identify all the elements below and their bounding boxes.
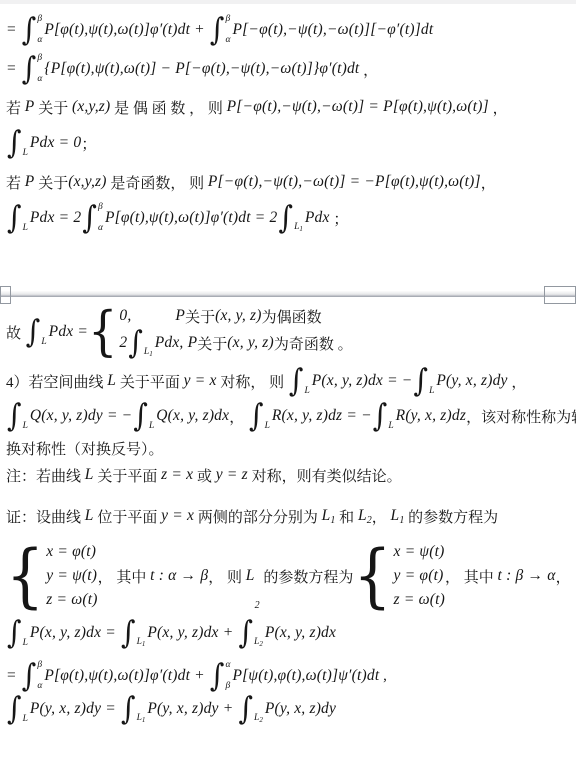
integral-lower-limit: β (226, 682, 231, 692)
math-run: (x,y,z) (72, 98, 110, 116)
integral-lower-limit-index: 2 (259, 640, 263, 648)
integral-scripts: L1 (294, 203, 303, 233)
text-run: 关于 (197, 333, 227, 354)
integral-sign-icon: ∫ (373, 398, 388, 434)
math-run: L (246, 567, 255, 585)
text-run: 若 (6, 172, 25, 193)
math-run: z = ω(t) (46, 591, 97, 609)
integral-upper-limit (137, 618, 146, 627)
integral-lower-limit: L (23, 224, 28, 234)
integral-scripts: βα (226, 15, 231, 45)
integral-upper-limit (23, 694, 28, 703)
integral: ∫L1 (278, 202, 302, 234)
text-run: ， (372, 506, 391, 527)
math-run: P (175, 307, 185, 325)
integral: ∫βα (22, 660, 43, 692)
integral-sign-icon: ∫ (82, 200, 97, 236)
integral-scripts: L (23, 401, 28, 431)
integral-upper-limit (149, 401, 154, 410)
integral-scripts: βα (37, 15, 42, 45)
math-run: y = ψ(t) (46, 567, 97, 585)
text-run: ， (489, 97, 508, 118)
integral-sign-icon: ∫ (210, 658, 225, 694)
page-break-left-marker (0, 286, 11, 304)
text-run: 关于平面 (116, 371, 184, 392)
integral: ∫βα (22, 14, 43, 46)
math-run: 0, (119, 307, 131, 325)
integral-upper-limit (23, 618, 28, 627)
integral-scripts: L (23, 694, 28, 724)
text-line-symmetry-name: 换对称性（对换反号）。 (6, 437, 572, 459)
integral-scripts: βα (98, 203, 103, 233)
integral-scripts: L (149, 401, 154, 431)
math-run: y = φ(t) (394, 567, 444, 585)
text-run: 故 (6, 322, 25, 343)
integral: ∫L1 (128, 327, 152, 359)
left-brace-icon: { (88, 308, 117, 356)
integral: ∫L (7, 400, 28, 432)
integral-lower-limit: L (23, 715, 28, 725)
integral-scripts: L2 (254, 694, 263, 724)
text-run: 关于 (185, 306, 215, 327)
integral: ∫βα (210, 14, 231, 46)
math-run: P(x, y, z)dx = (30, 624, 120, 642)
integral-lower-limit-index: 1 (299, 225, 303, 233)
integral-upper-limit (41, 317, 46, 326)
integral-sign-icon: ∫ (238, 615, 253, 651)
math-run: t : β → α (497, 567, 555, 585)
integral-upper-limit (23, 203, 28, 212)
text-run: 证：设曲线 (6, 506, 85, 527)
integral-lower-limit: α (37, 36, 42, 46)
math-run: P(x, y, z)dx + (147, 624, 237, 642)
integral: ∫βα (82, 202, 103, 234)
math-run: z = x (161, 466, 193, 484)
integral-lower-limit: L1 (137, 638, 146, 648)
integral-upper-limit (304, 366, 309, 375)
integral: ∫L (7, 127, 28, 159)
text-run: 关于 (34, 97, 72, 118)
left-brace-icon: { (353, 545, 391, 607)
text-run: ， 则 (208, 566, 246, 587)
integral: ∫L2 (238, 693, 262, 725)
text-run: ， (229, 406, 248, 427)
math-run: P(y, x, z)dy + (147, 700, 237, 718)
math-run: y = z (216, 466, 248, 484)
integral: ∫αβ (210, 660, 231, 692)
formula-line-1: = ∫βαP[φ(t),ψ(t),ω(t)]φ′(t)dt + ∫βαP[−φ(… (6, 14, 572, 46)
math-subscript: 2 (255, 600, 260, 611)
integral: ∫L (289, 365, 310, 397)
math-run: z = ω(t) (394, 591, 445, 609)
text-run: 是 偶 函 数 ， 则 (110, 97, 226, 118)
math-run: P(x, y, z)dx = − (312, 372, 413, 390)
integral-sign-icon: ∫ (238, 691, 253, 727)
integral-lower-limit: L (23, 639, 28, 649)
math-run: L (391, 507, 400, 525)
math-run: P[−φ(t),−ψ(t),−ω(t)] = P[φ(t),ψ(t),ω(t)] (227, 98, 489, 116)
text-run: 的参数方程为 (260, 566, 354, 587)
math-run: R(x, y, z)dz = − (272, 407, 372, 425)
integral-lower-limit: L1 (294, 223, 303, 233)
formula-line-param-sum: = ∫βαP[φ(t),ψ(t),ω(t)]φ′(t)dt + ∫αβP[ψ(t… (6, 660, 572, 692)
text-run: 4）若空间曲线 (6, 371, 107, 392)
text-run: 为偶函数 (262, 306, 322, 327)
integral-scripts: βα (37, 661, 42, 691)
integral-sign-icon: ∫ (121, 615, 136, 651)
text-run: ，该对称性称为轮 (466, 406, 576, 427)
math-run: Q(x, y, z)dy = − (30, 407, 132, 425)
integral-upper-limit (23, 128, 28, 137)
integral-scripts: L (23, 203, 28, 233)
brace-row: x = ψ(t) (394, 540, 445, 564)
text-line-proof: 证：设曲线 L 位于平面 y = x 两侧的部分分别为 L1 和 L2， L1 … (6, 505, 572, 527)
brace-rows: x = φ(t)y = ψ(t)z = ω(t) (46, 540, 97, 612)
integral-upper-limit (254, 694, 263, 703)
integral: ∫L (413, 365, 434, 397)
integral-scripts: L (23, 618, 28, 648)
math-run: (x,y,z) (68, 173, 106, 191)
text-run: , (379, 668, 387, 685)
integral-sign-icon: ∫ (22, 658, 37, 694)
integral-scripts: L (41, 317, 46, 347)
integral-upper-limit: β (37, 54, 42, 64)
math-run: P[φ(t),ψ(t),ω(t)]φ′(t)dt = 2 (105, 209, 278, 227)
math-run: P (25, 173, 35, 191)
brace-row: y = ψ(t) (46, 564, 97, 588)
math-run: x = ψ(t) (394, 543, 445, 561)
text-run: ， (556, 566, 571, 587)
integral-upper-limit (144, 328, 153, 337)
math-run: = (6, 21, 21, 39)
formula-line-pdx-zero: ∫LPdx = 0； (6, 127, 572, 159)
math-run: (x, y, z) (227, 334, 274, 352)
text-run: ； (330, 208, 349, 229)
integral-upper-limit (265, 401, 270, 410)
integral-scripts: L1 (137, 618, 146, 648)
math-run: R(y, x, z)dz (396, 407, 466, 425)
math-run: L (85, 507, 94, 525)
integral-sign-icon: ∫ (22, 51, 37, 87)
math-run: P(y, x, z)dy = (30, 700, 120, 718)
integral: ∫L (249, 400, 270, 432)
integral-sign-icon: ∫ (278, 200, 293, 236)
integral-sign-icon: ∫ (7, 125, 22, 161)
math-run: P(y, x, z)dy (265, 700, 336, 718)
math-run: P (25, 98, 35, 116)
math-run: P(x, y, z)dx (265, 624, 336, 642)
math-run: P[ψ(t),φ(t),ω(t)]ψ′(t)dt (233, 667, 380, 685)
math-run: x = φ(t) (46, 543, 96, 561)
integral-lower-limit: α (98, 224, 103, 234)
integral-scripts: L1 (144, 328, 153, 358)
integral-upper-limit: β (226, 15, 231, 25)
text-run: 和 (335, 506, 358, 527)
math-run: P(y, x, z)dy (436, 372, 507, 390)
integral-scripts: L1 (137, 694, 146, 724)
spacer (131, 316, 175, 317)
integral-sign-icon: ∫ (249, 398, 264, 434)
integral-lower-limit: L (149, 422, 154, 432)
integral-lower-limit: α (37, 75, 42, 85)
math-run: t : α → β (150, 567, 208, 585)
text-run: 关于 (34, 172, 68, 193)
math-run: L (85, 466, 94, 484)
math-run: L (107, 372, 116, 390)
integral: ∫L1 (121, 693, 145, 725)
text-run: 关于平面 (94, 465, 162, 486)
integral-upper-limit (254, 618, 263, 627)
text-run: 换对称性（对换反号）。 (6, 438, 164, 459)
integral: ∫L (133, 400, 154, 432)
integral-sign-icon: ∫ (289, 363, 304, 399)
page-break-bar (0, 291, 576, 297)
integral-scripts: L2 (254, 618, 263, 648)
text-run: 为奇函数 。 (274, 333, 353, 354)
math-run: 2 (119, 334, 127, 352)
math-run: = (6, 60, 21, 78)
math-run: Pdx = 0 (30, 134, 81, 152)
text-line-even-function: 若 P 关于 (x,y,z) 是 偶 函 数 ， 则 P[−φ(t),−ψ(t)… (6, 96, 572, 118)
integral-sign-icon: ∫ (7, 200, 22, 236)
math-run: Pdx = (49, 323, 88, 341)
integral: ∫L (7, 693, 28, 725)
integral-scripts: αβ (226, 661, 231, 691)
integral-upper-limit (23, 401, 28, 410)
integral-upper-limit (137, 694, 146, 703)
integral: ∫L2 (238, 617, 262, 649)
integral-scripts: L (265, 401, 270, 431)
math-run: y = x (161, 507, 194, 525)
integral-lower-limit: L2 (254, 638, 263, 648)
integral-sign-icon: ∫ (7, 691, 22, 727)
integral-upper-limit: β (37, 15, 42, 25)
brace-row: z = ω(t) (394, 588, 445, 612)
math-run: = (6, 667, 21, 685)
integral-lower-limit: α (37, 682, 42, 692)
integral-sign-icon: ∫ (7, 615, 22, 651)
formula-line-pdx-double: ∫LPdx = 2∫βαP[φ(t),ψ(t),ω(t)]φ′(t)dt = 2… (6, 202, 572, 234)
integral: ∫L (7, 617, 28, 649)
integral-sign-icon: ∫ (7, 398, 22, 434)
math-run: L (358, 507, 367, 525)
math-run: P[−φ(t),−ψ(t),−ω(t)][−φ′(t)]dt (233, 21, 434, 39)
math-run: (x, y, z) (215, 307, 262, 325)
text-run: 两侧的部分分别为 (194, 506, 322, 527)
formula-line-split-dx: ∫LP(x, y, z)dx = ∫L1P(x, y, z)dx + ∫L2P(… (6, 617, 572, 649)
integral-lower-limit-index: 1 (142, 640, 146, 648)
brace-row: 2∫L1Pdx, P关于(x, y, z)为奇函数 。 (119, 327, 352, 359)
text-run: ， (359, 59, 378, 80)
brace-rows: x = ψ(t)y = φ(t)z = ω(t) (394, 540, 445, 612)
integral-lower-limit: L1 (137, 714, 146, 724)
document-page: = ∫βαP[φ(t),ψ(t),ω(t)]φ′(t)dt + ∫βαP[−φ(… (0, 4, 576, 725)
integral: ∫L (373, 400, 394, 432)
integral-upper-limit (294, 203, 303, 212)
math-run: Pdx = 2 (30, 209, 81, 227)
brace-group: {0,P关于(x, y, z)为偶函数2∫L1Pdx, P关于(x, y, z)… (88, 305, 353, 359)
integral-scripts: L (23, 128, 28, 158)
page-break-divider (0, 285, 576, 303)
integral-sign-icon: ∫ (210, 12, 225, 48)
text-line-odd-function: 若 P 关于(x,y,z) 是奇函数， 则 P[−φ(t),−ψ(t),−ω(t… (6, 171, 572, 193)
text-line-item4: 4）若空间曲线 L 关于平面 y = x 对称， 则 ∫LP(x, y, z)d… (6, 365, 572, 397)
math-run: Pdx, P (155, 334, 198, 352)
brace-row: x = φ(t) (46, 540, 97, 564)
text-run: 注：若曲线 (6, 465, 85, 486)
text-run: ， (481, 172, 496, 193)
integral-scripts: βα (37, 54, 42, 84)
text-run: 的参数方程为 (404, 506, 498, 527)
integral-lower-limit: α (226, 36, 231, 46)
math-run: P[−φ(t),−ψ(t),−ω(t)] = −P[φ(t),ψ(t),ω(t)… (208, 173, 481, 191)
brace-row: y = φ(t) (394, 564, 445, 588)
math-run: Q(x, y, z)dx (156, 407, 229, 425)
integral-sign-icon: ∫ (26, 314, 41, 350)
integral: ∫βα (22, 53, 43, 85)
integral-lower-limit: L (41, 338, 46, 348)
math-run: P[φ(t),ψ(t),ω(t)]φ′(t)dt + (44, 667, 209, 685)
integral-scripts: L (388, 401, 393, 431)
brace-group: {x = φ(t)y = ψ(t)z = ω(t) (6, 540, 98, 612)
integral-sign-icon: ∫ (413, 363, 428, 399)
page-break-right-marker (544, 286, 576, 304)
integral-lower-limit-index: 2 (259, 716, 263, 724)
integral-upper-limit (388, 401, 393, 410)
math-run: P[φ(t),ψ(t),ω(t)]φ′(t)dt + (44, 21, 209, 39)
integral-lower-limit-index: 1 (142, 716, 146, 724)
integral-sign-icon: ∫ (128, 325, 143, 361)
integral-upper-limit: α (226, 661, 231, 671)
integral-upper-limit: β (98, 203, 103, 213)
brace-row: 0,P关于(x, y, z)为偶函数 (119, 305, 352, 327)
formula-line-split-dy: ∫LP(y, x, z)dy = ∫L1P(y, x, z)dy + ∫L2P(… (6, 693, 572, 725)
integral-lower-limit: L2 (254, 714, 263, 724)
integral-sign-icon: ∫ (121, 691, 136, 727)
integral-lower-limit: L (23, 422, 28, 432)
math-run: L (322, 507, 331, 525)
math-run: {P[φ(t),ψ(t),ω(t)] − P[−φ(t),−ψ(t),−ω(t)… (44, 60, 359, 78)
text-run: 对称， 则 (217, 371, 288, 392)
formula-parametric-systems: {x = φ(t)y = ψ(t)z = ω(t)， 其中 t : α → β，… (6, 540, 572, 612)
integral-lower-limit: L (304, 387, 309, 397)
text-run: ， 其中 (98, 566, 151, 587)
math-run: y = x (184, 372, 217, 390)
integral: ∫L1 (121, 617, 145, 649)
integral-scripts: L (429, 366, 434, 396)
integral-lower-limit-index: 1 (149, 350, 153, 358)
integral-scripts: L (304, 366, 309, 396)
brace-row: z = ω(t) (46, 588, 97, 612)
integral-lower-limit: L1 (144, 348, 153, 358)
integral: ∫L (7, 202, 28, 234)
integral-lower-limit: L (388, 422, 393, 432)
text-run: 若 (6, 97, 25, 118)
text-run: ； (81, 133, 96, 154)
math-run: Pdx (305, 209, 330, 227)
integral: ∫L (26, 316, 47, 348)
text-run: ， (508, 371, 527, 392)
text-run: 对称，则有类似结论。 (248, 465, 402, 486)
text-run: 位于平面 (94, 506, 162, 527)
integral-upper-limit: β (37, 661, 42, 671)
brace-rows: 0,P关于(x, y, z)为偶函数2∫L1Pdx, P关于(x, y, z)为… (119, 305, 352, 359)
text-run: 是奇函数， 则 (107, 172, 208, 193)
formula-cases-summary: 故 ∫LPdx ={0,P关于(x, y, z)为偶函数2∫L1Pdx, P关于… (6, 305, 572, 359)
integral-lower-limit: L (23, 149, 28, 159)
integral-upper-limit (429, 366, 434, 375)
brace-group: {x = ψ(t)y = φ(t)z = ω(t) (353, 540, 445, 612)
formula-line-q-r: ∫LQ(x, y, z)dy = −∫LQ(x, y, z)dx， ∫LR(x,… (6, 400, 572, 432)
integral-lower-limit: L (265, 422, 270, 432)
text-run: ， 其中 (445, 566, 498, 587)
formula-line-2: = ∫βα{P[φ(t),ψ(t),ω(t)] − P[−φ(t),−ψ(t),… (6, 53, 572, 85)
integral-sign-icon: ∫ (22, 12, 37, 48)
integral-lower-limit: L (429, 387, 434, 397)
text-run: 或 (193, 465, 216, 486)
integral-sign-icon: ∫ (133, 398, 148, 434)
text-line-note: 注：若曲线 L 关于平面 z = x 或 y = z 对称，则有类似结论。 (6, 464, 572, 486)
left-brace-icon: { (6, 545, 44, 607)
